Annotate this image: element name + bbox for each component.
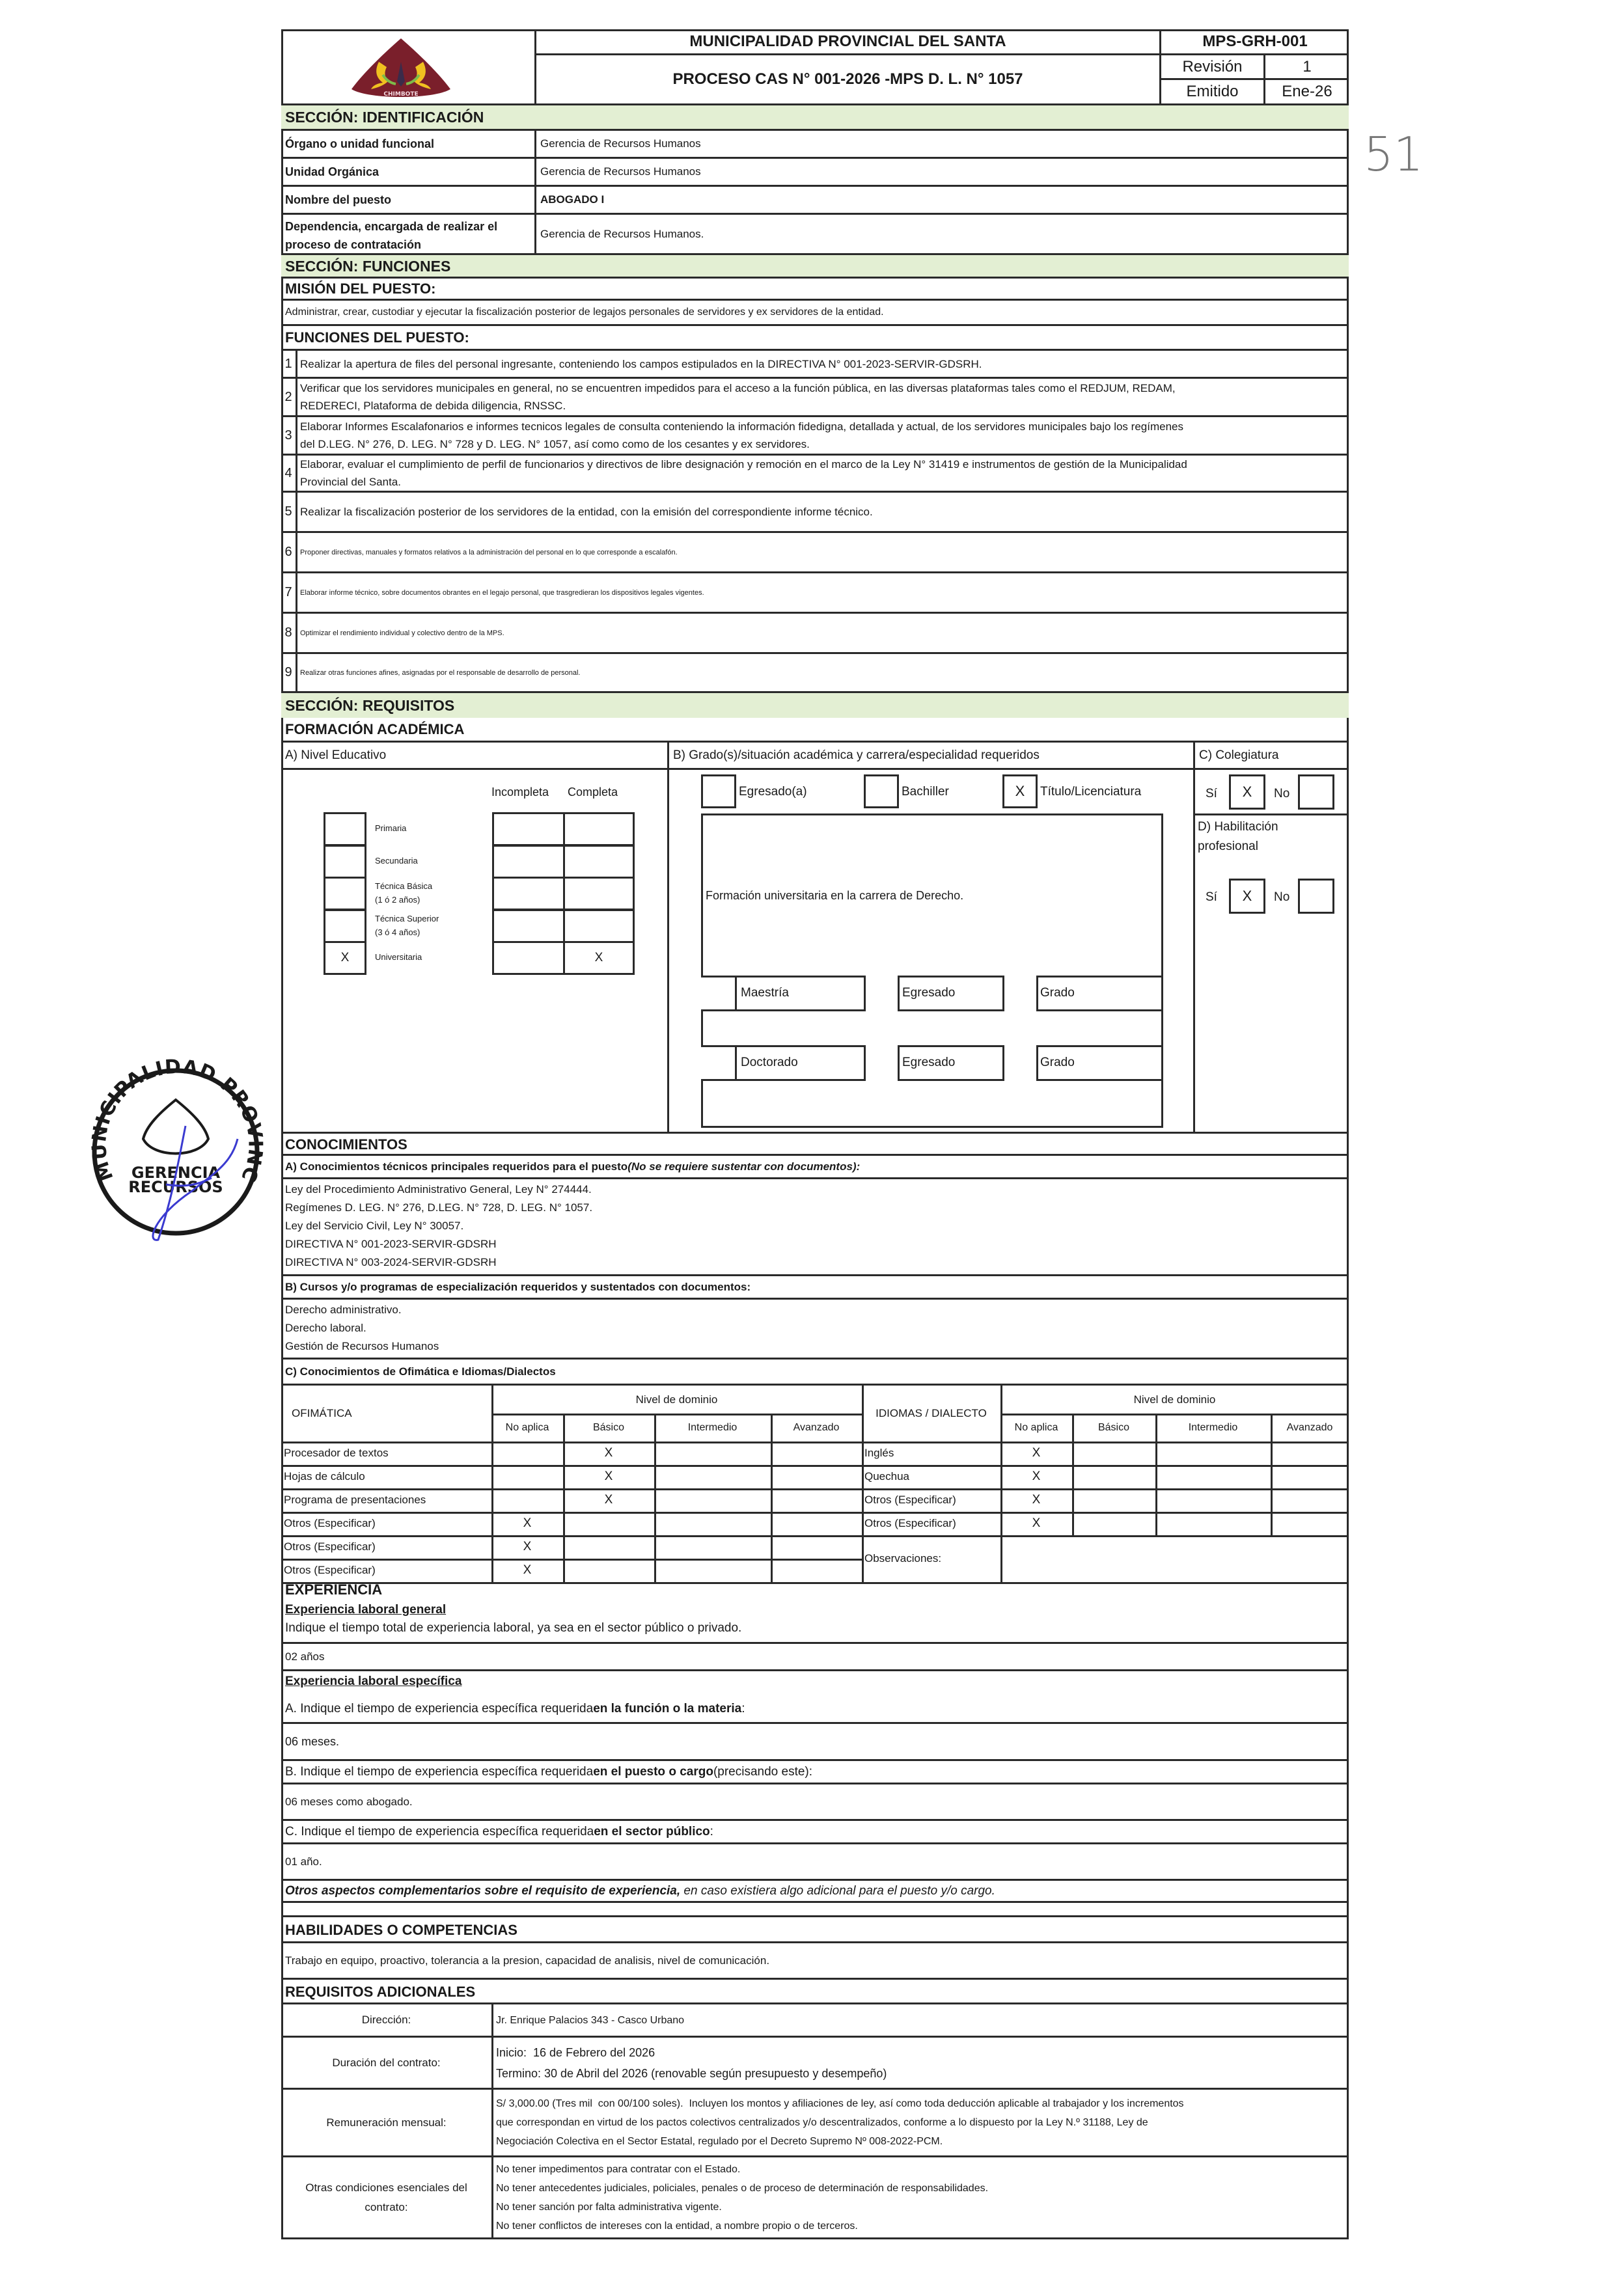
nivel-checkbox[interactable]: X [324, 941, 366, 975]
ofimatica-level-cell[interactable]: X [491, 1559, 563, 1582]
grid-line [281, 1488, 862, 1490]
experiencia-general-prompt: Indique el tiempo total de experiencia l… [281, 1620, 1349, 1644]
ofimatica-level-cell[interactable] [654, 1559, 771, 1582]
nivel-label-line: Universitaria [375, 950, 422, 964]
grid-line [281, 1512, 862, 1514]
maestria-grado-label: Grado [1040, 985, 1075, 1001]
doctorado-grado-checkbox[interactable] [1002, 1045, 1038, 1081]
conocimientos-c-title: C) Conocimientos de Ofimática e Idiomas/… [281, 1360, 1349, 1386]
conocimiento-tecnico-item: Ley del Procedimiento Administrativo Gen… [285, 1181, 1345, 1199]
conocimiento-tecnico-item: Ley del Servicio Civil, Ley N° 30057. [285, 1217, 1345, 1235]
nivel-label: Secundaria [375, 854, 418, 868]
process-title: PROCESO CAS N° 001-2026 -MPS D. L. N° 10… [536, 55, 1161, 105]
bachiller-checkbox[interactable] [864, 774, 899, 808]
ofimatica-level-cell[interactable] [563, 1535, 654, 1559]
adicional-label-line: Remuneración mensual: [326, 2113, 446, 2133]
conocimientos-b-title: B) Cursos y/o programas de especializaci… [281, 1276, 1349, 1300]
nivel-checkbox[interactable] [324, 877, 366, 910]
grid-line [281, 1535, 862, 1537]
ofimatica-level-cell[interactable] [771, 1535, 862, 1559]
funcion-number: 8 [281, 614, 296, 654]
adicional-label: Dirección: [281, 2004, 493, 2038]
nivel-label: Técnica Superior(3 ó 4 años) [375, 912, 439, 939]
funcion-text-line: Optimizar el rendimiento individual y co… [300, 629, 1349, 638]
ofimatica-row-label: Otros (Especificar) [284, 1559, 491, 1582]
idioma-level-cell[interactable] [1155, 1488, 1271, 1512]
idioma-row-label: Otros (Especificar) [864, 1512, 1000, 1535]
handwritten-page-number: 51 [1364, 127, 1424, 182]
doctorado-checkbox[interactable] [701, 1045, 737, 1081]
grid-line [862, 1465, 1349, 1467]
adicional-value: S/ 3,000.00 (Tres mil con 00/100 soles).… [493, 2090, 1349, 2157]
grado-title: B) Grado(s)/situación académica y carrer… [669, 743, 1195, 770]
id-value-puesto: ABOGADO I [536, 187, 1349, 215]
ofimatica-level-cell[interactable] [491, 1465, 563, 1488]
adicional-value-line: No tener conflictos de intereses con la … [496, 2217, 1349, 2235]
funcion-number: 2 [281, 379, 296, 417]
ofimatica-level-cell[interactable] [771, 1488, 862, 1512]
doctorado-label: Doctorado [741, 1055, 798, 1071]
idioma-level-cell[interactable] [1155, 1465, 1271, 1488]
idioma-level-cell[interactable] [1155, 1442, 1271, 1465]
nivel-label: Primaria [375, 821, 406, 835]
ofimatica-level-cell[interactable] [771, 1465, 862, 1488]
nivel-completa-checkbox[interactable] [563, 909, 635, 943]
experiencia-b-prompt: B. Indique el tiempo de experiencia espe… [281, 1761, 1349, 1784]
grid-line [862, 1512, 1349, 1514]
conocimientos-a-title-text: A) Conocimientos técnicos principales re… [285, 1159, 627, 1175]
experiencia-c-prompt-end: : [710, 1824, 713, 1840]
idioma-row-label: Inglés [864, 1442, 1000, 1465]
grid-line [563, 1414, 565, 1582]
ofimatica-row-label: Otros (Especificar) [284, 1535, 491, 1559]
issued-value: Ene-26 [1265, 80, 1349, 105]
grid-line [281, 1559, 862, 1561]
adicional-label-line: Otras condiciones esenciales del [305, 2178, 467, 2198]
nivel-label: Técnica Básica(1 ó 2 años) [375, 879, 432, 907]
maestria-checkbox[interactable] [701, 976, 737, 1011]
grid-line [862, 1488, 1349, 1490]
maestria-detail [701, 1011, 1163, 1047]
idioma-level-cell[interactable] [1271, 1465, 1349, 1488]
section-habilidades: HABILIDADES O COMPETENCIAS [281, 1917, 1349, 1943]
experiencia-otros-rest: en caso existiera algo adicional para el… [680, 1883, 995, 1899]
idioma-level-cell[interactable] [1072, 1465, 1155, 1488]
idioma-row-label: Otros (Especificar) [864, 1488, 1000, 1512]
nivel-label-line: Técnica Superior [375, 912, 439, 925]
doctorado-detail [701, 1081, 1163, 1128]
maestria-egresado-label: Egresado [902, 985, 955, 1001]
col-completa-label: Completa [568, 784, 618, 800]
grid-line [1000, 1386, 1002, 1582]
section-requisitos: SECCIÓN: REQUISITOS [281, 693, 1349, 718]
ofimatica-level-cell[interactable]: X [563, 1465, 654, 1488]
idioma-level-cell[interactable]: X [1000, 1442, 1072, 1465]
experiencia-general-label: Experiencia laboral general [285, 1602, 446, 1618]
curso-item: Derecho laboral. [285, 1319, 1345, 1337]
grid-line [491, 1386, 493, 1582]
stamp-inner-line2: RECURSOS [128, 1178, 223, 1196]
funcion-number: 6 [281, 533, 296, 573]
adicional-label-line: Duración del contrato: [332, 2053, 440, 2073]
id-label-unidad: Unidad Orgánica [281, 159, 536, 187]
conocimientos-a-list: Ley del Procedimiento Administrativo Gen… [281, 1179, 1349, 1276]
section-adicionales: REQUISITOS ADICIONALES [281, 1980, 1349, 2004]
col-incompleta-label: Incompleta [491, 784, 549, 800]
observaciones-label: Observaciones: [864, 1535, 1000, 1582]
adicional-value-line: Inicio: 16 de Febrero del 2026 [496, 2042, 1349, 2063]
id-label-dependencia: Dependencia, encargada de realizar el pr… [281, 215, 536, 255]
nivel-label-line: Primaria [375, 821, 406, 835]
revision-value: 1 [1265, 55, 1349, 80]
idioma-level-cell[interactable] [1072, 1442, 1155, 1465]
idioma-level-cell[interactable] [1155, 1512, 1271, 1535]
nivel-label-line: (1 ó 2 años) [375, 893, 432, 907]
funcion-text-line: Realizar la apertura de files del person… [300, 355, 1349, 373]
observaciones-value[interactable] [1003, 1535, 1349, 1582]
habilitacion-title-line2: profesional [1198, 837, 1278, 856]
adicional-label: Remuneración mensual: [281, 2090, 493, 2157]
adicional-value-line: Jr. Enrique Palacios 343 - Casco Urbano [496, 2011, 1349, 2030]
funciones-label: FUNCIONES DEL PUESTO: [281, 326, 1349, 351]
section-funciones: SECCIÓN: FUNCIONES [281, 255, 1349, 279]
ofimatica-level-cell[interactable] [563, 1512, 654, 1535]
maestria-label: Maestría [741, 985, 789, 1001]
adicional-value-line: Termino: 30 de Abril del 2026 (renovable… [496, 2063, 1349, 2084]
funcion-text: Elaborar Informes Escalafonarios e infor… [296, 417, 1349, 456]
nivel-incompleta-checkbox[interactable] [492, 877, 565, 910]
experiencia-b-prompt-end: (precisando este): [713, 1764, 812, 1780]
id-label-dependencia-line1: Dependencia, encargada de realizar el [285, 217, 531, 236]
conocimientos-a-title-note: (No se requiere sustentar con documentos… [627, 1159, 860, 1175]
experiencia-b-prompt-bold: en el puesto o cargo [593, 1764, 713, 1780]
colegiatura-title: C) Colegiatura [1195, 743, 1349, 770]
experiencia-c-prompt-text: C. Indique el tiempo de experiencia espe… [285, 1824, 594, 1840]
institution-title: MUNICIPALIDAD PROVINCIAL DEL SANTA [536, 29, 1161, 55]
habilitacion-title: D) Habilitación profesional [1198, 817, 1278, 856]
adicional-value-line: S/ 3,000.00 (Tres mil con 00/100 soles).… [496, 2094, 1349, 2113]
doctorado-egresado-checkbox[interactable] [864, 1045, 900, 1081]
ofimatica-level-header: Básico [563, 1414, 654, 1442]
grid-line [654, 1414, 656, 1582]
ofimatica-header: OFIMÁTICA [281, 1386, 491, 1442]
nivel-incompleta-checkbox[interactable] [492, 941, 565, 975]
habilitacion-no-checkbox[interactable] [1298, 879, 1334, 914]
ofimatica-level-cell[interactable] [491, 1488, 563, 1512]
experiencia-especifica-label: Experiencia laboral específica [285, 1674, 462, 1689]
adicional-label: Otras condiciones esenciales delcontrato… [281, 2157, 493, 2239]
ofimatica-level-cell[interactable] [654, 1442, 771, 1465]
id-label-organo: Órgano o unidad funcional [281, 131, 536, 159]
nivel-completa-checkbox[interactable]: X [563, 941, 635, 975]
adicional-label: Duración del contrato: [281, 2038, 493, 2090]
funcion-text: Realizar la fiscalización posterior de l… [296, 493, 1349, 533]
idiomas-nivel-label: Nivel de dominio [1000, 1386, 1349, 1414]
funcion-text: Optimizar el rendimiento individual y co… [296, 614, 1349, 654]
funcion-text: Elaborar informe técnico, sobre document… [296, 573, 1349, 614]
official-stamp: MUNICIPALIDAD PROVINCIAL DEL SANTA GEREN… [81, 1054, 270, 1243]
nivel-incompleta-checkbox[interactable] [492, 812, 565, 846]
colegiatura-no-checkbox[interactable] [1298, 774, 1334, 810]
funcion-text-line: Elaborar informe técnico, sobre document… [300, 588, 1349, 597]
funcion-number: 3 [281, 417, 296, 456]
funcion-text-line: Verificar que los servidores municipales… [300, 379, 1349, 397]
experiencia-general-value: 02 años [281, 1644, 1349, 1671]
titulo-checkbox[interactable]: X [1002, 774, 1038, 808]
ofimatica-level-cell[interactable] [654, 1535, 771, 1559]
curso-item: Gestión de Recursos Humanos [285, 1337, 1345, 1356]
nivel-checkbox[interactable] [324, 909, 366, 943]
adicional-label-line: contrato: [365, 2198, 407, 2217]
ofimatica-level-cell[interactable]: X [563, 1442, 654, 1465]
section-conocimientos: CONOCIMIENTOS [281, 1132, 1349, 1156]
grid-line [1000, 1414, 1349, 1415]
funcion-text: Verificar que los servidores municipales… [296, 379, 1349, 417]
ofimatica-level-cell[interactable] [654, 1512, 771, 1535]
nivel-checkbox[interactable] [324, 812, 366, 846]
grid-line [1072, 1414, 1074, 1535]
mision-text: Administrar, crear, custodiar y ejecutar… [281, 301, 1349, 326]
nivel-incompleta-checkbox[interactable] [492, 845, 565, 879]
adicional-value-line: No tener sanción por falta administrativ… [496, 2198, 1349, 2217]
grid-line [491, 1414, 862, 1415]
conocimiento-tecnico-item: DIRECTIVA N° 003-2024-SERVIR-GDSRH [285, 1253, 1345, 1272]
idiomas-level-header: Avanzado [1271, 1414, 1349, 1442]
id-label-dependencia-line2: proceso de contratación [285, 236, 531, 254]
doctorado-grado-label: Grado [1040, 1055, 1075, 1071]
funcion-text-line: Elaborar Informes Escalafonarios e infor… [300, 418, 1349, 435]
colegiatura-si-checkbox[interactable]: X [1229, 774, 1265, 810]
document-code: MPS-GRH-001 [1161, 29, 1349, 55]
experiencia-otros-prompt: Otros aspectos complementarios sobre el … [281, 1881, 1349, 1903]
id-value-dependencia: Gerencia de Recursos Humanos. [536, 215, 1349, 255]
id-value-organo: Gerencia de Recursos Humanos [536, 131, 1349, 159]
experiencia-c-prompt-bold: en el sector público [594, 1824, 710, 1840]
adicional-value: Inicio: 16 de Febrero del 2026Termino: 3… [493, 2038, 1349, 2090]
idiomas-level-header: No aplica [1000, 1414, 1072, 1442]
funcion-text-line: Realizar otras funciones afines, asignad… [300, 668, 1349, 677]
ofimatica-level-cell[interactable] [491, 1442, 563, 1465]
idiomas-level-header: Básico [1072, 1414, 1155, 1442]
experiencia-c-prompt: C. Indique el tiempo de experiencia espe… [281, 1821, 1349, 1844]
ofimatica-row-label: Programa de presentaciones [284, 1488, 491, 1512]
ofimatica-level-cell[interactable] [654, 1465, 771, 1488]
experiencia-a-prompt-text: A. Indique el tiempo de experiencia espe… [285, 1701, 593, 1717]
funcion-text-line: del D.LEG. N° 276, D. LEG. N° 728 y D. L… [300, 435, 1349, 453]
nivel-label: Universitaria [375, 950, 422, 964]
maestria-egresado-checkbox[interactable] [864, 976, 900, 1011]
grid-line [862, 1386, 864, 1582]
adicional-value-line: que correspondan en virtud de los pactos… [496, 2113, 1349, 2132]
habilitacion-si-label: Sí [1206, 890, 1217, 905]
adicional-value: No tener impedimentos para contratar con… [493, 2157, 1349, 2239]
funcion-number: 4 [281, 456, 296, 493]
carrera-box: Formación universitaria en la carrera de… [701, 813, 1163, 977]
experiencia-a-prompt: A. Indique el tiempo de experiencia espe… [281, 1695, 1349, 1724]
colegiatura-si-label: Sí [1206, 786, 1217, 802]
conocimiento-tecnico-item: DIRECTIVA N° 001-2023-SERVIR-GDSRH [285, 1235, 1345, 1253]
grid-line [771, 1414, 773, 1582]
adicional-value: Jr. Enrique Palacios 343 - Casco Urbano [493, 2004, 1349, 2038]
funcion-text-line: Provincial del Santa. [300, 473, 1349, 491]
funcion-text-line: Elaborar, evaluar el cumplimiento de per… [300, 456, 1349, 473]
funcion-text-line: Realizar la fiscalización posterior de l… [300, 503, 1349, 521]
idioma-level-cell[interactable] [1271, 1488, 1349, 1512]
adicional-value-line: Negociación Colectiva en el Sector Estat… [496, 2132, 1349, 2151]
issued-label: Emitido [1161, 80, 1265, 105]
experiencia-a-prompt-end: : [741, 1701, 745, 1717]
funcion-number: 5 [281, 493, 296, 533]
experiencia-b-value: 06 meses como abogado. [281, 1784, 1349, 1821]
idioma-level-cell[interactable]: X [1000, 1488, 1072, 1512]
nivel-label-line: Secundaria [375, 854, 418, 868]
colegiatura-divider [1195, 813, 1349, 815]
ofimatica-level-cell[interactable]: X [563, 1488, 654, 1512]
conocimientos-a-title: A) Conocimientos técnicos principales re… [281, 1156, 1349, 1179]
ofimatica-level-cell[interactable] [771, 1559, 862, 1582]
grid-line [1155, 1414, 1157, 1535]
titulo-label: Título/Licenciatura [1040, 784, 1141, 800]
maestria-grado-checkbox[interactable] [1002, 976, 1038, 1011]
grid-line [281, 1442, 862, 1443]
funcion-text: Realizar la apertura de files del person… [296, 351, 1349, 379]
idioma-row-label: Quechua [864, 1465, 1000, 1488]
idioma-level-cell[interactable]: X [1000, 1465, 1072, 1488]
experiencia-a-prompt-bold: en la función o la materia [593, 1701, 741, 1717]
funcion-text: Elaborar, evaluar el cumplimiento de per… [296, 456, 1349, 493]
ofimatica-level-header: Avanzado [771, 1414, 862, 1442]
ofimatica-row-label: Otros (Especificar) [284, 1512, 491, 1535]
experiencia-a-value: 06 meses. [281, 1724, 1349, 1761]
nivel-completa-checkbox[interactable] [563, 812, 635, 846]
idioma-level-cell[interactable] [1072, 1512, 1155, 1535]
grid-line [1271, 1414, 1273, 1535]
ofimatica-level-cell[interactable] [654, 1488, 771, 1512]
ofimatica-level-cell[interactable] [771, 1442, 862, 1465]
ofimatica-level-header: No aplica [491, 1414, 563, 1442]
nivel-educativo-title: A) Nivel Educativo [281, 743, 669, 770]
id-value-unidad: Gerencia de Recursos Humanos [536, 159, 1349, 187]
bachiller-label: Bachiller [902, 784, 949, 800]
municipal-logo: CHIMBOTE [349, 36, 453, 101]
id-label-puesto: Nombre del puesto [281, 187, 536, 215]
ofimatica-level-cell[interactable]: X [491, 1512, 563, 1535]
ofimatica-level-header: Intermedio [654, 1414, 771, 1442]
idioma-level-cell[interactable]: X [1000, 1512, 1072, 1535]
colegiatura-no-label: No [1274, 786, 1289, 802]
ofimatica-level-cell[interactable] [563, 1559, 654, 1582]
section-identificacion: SECCIÓN: IDENTIFICACIÓN [281, 105, 1349, 131]
experiencia-otros-bold: Otros aspectos complementarios sobre el … [285, 1883, 680, 1899]
curso-item: Derecho administrativo. [285, 1301, 1345, 1319]
ofimatica-level-cell[interactable] [771, 1512, 862, 1535]
doctorado-egresado-label: Egresado [902, 1055, 955, 1071]
funcion-number: 1 [281, 351, 296, 379]
idiomas-header: IDIOMAS / DIALECTO [862, 1386, 1000, 1442]
nivel-completa-checkbox[interactable] [563, 877, 635, 910]
idioma-level-cell[interactable] [1072, 1488, 1155, 1512]
adicional-label-line: Dirección: [362, 2010, 411, 2030]
conocimiento-tecnico-item: Regímenes D. LEG. N° 276, D.LEG. N° 728,… [285, 1199, 1345, 1217]
nivel-completa-checkbox[interactable] [563, 845, 635, 879]
idioma-level-cell[interactable] [1271, 1512, 1349, 1535]
mision-label: MISIÓN DEL PUESTO: [281, 279, 1349, 301]
conocimientos-b-list: Derecho administrativo.Derecho laboral.G… [281, 1300, 1349, 1360]
idiomas-level-header: Intermedio [1155, 1414, 1271, 1442]
formacion-label: FORMACIÓN ACADÉMICA [281, 718, 1349, 743]
ofimatica-row-label: Procesador de textos [284, 1442, 491, 1465]
experiencia-c-value: 01 año. [281, 1844, 1349, 1881]
revision-label: Revisión [1161, 55, 1265, 80]
habilitacion-no-label: No [1274, 890, 1289, 905]
ofimatica-level-cell[interactable]: X [491, 1535, 563, 1559]
nivel-label-line: Técnica Básica [375, 879, 432, 893]
adicional-value-line: No tener antecedentes judiciales, polici… [496, 2179, 1349, 2198]
funcion-text-line: REDERECI, Plataforma de debida diligenci… [300, 397, 1349, 415]
grid-line [862, 1442, 1349, 1443]
adicional-value-line: No tener impedimentos para contratar con… [496, 2160, 1349, 2179]
funcion-text: Realizar otras funciones afines, asignad… [296, 654, 1349, 693]
idioma-level-cell[interactable] [1271, 1442, 1349, 1465]
funcion-text: Proponer directivas, manuales y formatos… [296, 533, 1349, 573]
funcion-number: 9 [281, 654, 296, 693]
section-experiencia: EXPERIENCIA [281, 1580, 1349, 1600]
grid-line [281, 1465, 862, 1467]
experiencia-otros-value [281, 1903, 1349, 1917]
habilidades-value: Trabajo en equipo, proactivo, tolerancia… [281, 1943, 1349, 1980]
egresado-label: Egresado(a) [739, 784, 807, 800]
funcion-number: 7 [281, 573, 296, 614]
ofimatica-nivel-label: Nivel de dominio [491, 1386, 862, 1414]
habilitacion-si-checkbox[interactable]: X [1229, 879, 1265, 914]
nivel-checkbox[interactable] [324, 845, 366, 879]
ofimatica-row-label: Hojas de cálculo [284, 1465, 491, 1488]
egresado-checkbox[interactable] [701, 774, 736, 808]
svg-text:CHIMBOTE: CHIMBOTE [383, 91, 418, 98]
habilitacion-title-line1: D) Habilitación [1198, 817, 1278, 837]
experiencia-b-prompt-text: B. Indique el tiempo de experiencia espe… [285, 1764, 593, 1780]
nivel-label-line: (3 ó 4 años) [375, 925, 439, 939]
nivel-incompleta-checkbox[interactable] [492, 909, 565, 943]
funcion-text-line: Proponer directivas, manuales y formatos… [300, 548, 1349, 557]
